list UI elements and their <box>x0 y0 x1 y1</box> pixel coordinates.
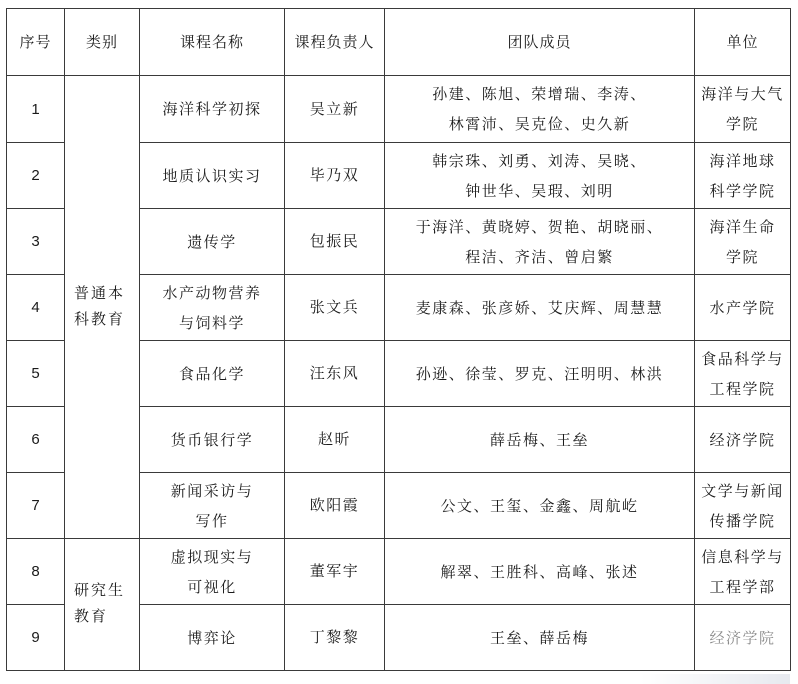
header-row: 序号 类别 课程名称 课程负责人 团队成员 单位 <box>7 9 791 76</box>
course-lead: 丁黎黎 <box>285 605 385 671</box>
unit-line: 海洋与大气 <box>699 79 786 109</box>
row-index: 4 <box>7 275 65 341</box>
header-course-lead: 课程负责人 <box>285 9 385 76</box>
members-line: 韩宗珠、刘勇、刘涛、吴晓、 <box>389 146 690 176</box>
course-name: 虚拟现实与可视化 <box>140 539 285 605</box>
team-members: 薛岳梅、王垒 <box>385 407 695 473</box>
course-name: 新闻采访与写作 <box>140 473 285 539</box>
unit-line: 文学与新闻 <box>699 476 786 506</box>
course-name-line: 地质认识实习 <box>144 161 280 191</box>
course-name: 食品化学 <box>140 341 285 407</box>
course-name: 水产动物营养与饲料学 <box>140 275 285 341</box>
unit: 水产学院 <box>695 275 791 341</box>
row-index: 9 <box>7 605 65 671</box>
members-line: 王垒、薛岳梅 <box>389 623 690 653</box>
team-members: 韩宗珠、刘勇、刘涛、吴晓、钟世华、吴瑕、刘明 <box>385 143 695 209</box>
members-line: 于海洋、黄晓婷、贺艳、胡晓丽、 <box>389 212 690 242</box>
members-line: 孙建、陈旭、荣增瑞、李涛、 <box>389 79 690 109</box>
table-row: 8 研究生教育 虚拟现实与可视化 董军宇 解翠、王胜科、高峰、张述 信息科学与工… <box>7 539 791 605</box>
course-name-line: 博弈论 <box>144 623 280 653</box>
members-line: 林霄沛、吴克俭、史久新 <box>389 109 690 139</box>
course-name-line: 水产动物营养 <box>144 278 280 308</box>
unit-line: 海洋生命 <box>699 212 786 242</box>
course-name: 遗传学 <box>140 209 285 275</box>
course-lead: 张文兵 <box>285 275 385 341</box>
unit: 文学与新闻传播学院 <box>695 473 791 539</box>
unit-line: 食品科学与 <box>699 344 786 374</box>
course-lead: 赵昕 <box>285 407 385 473</box>
team-members: 孙逊、徐莹、罗克、汪明明、林洪 <box>385 341 695 407</box>
unit-line: 学院 <box>699 109 786 139</box>
category-graduate: 研究生教育 <box>65 539 140 671</box>
unit-line: 学院 <box>699 242 786 272</box>
row-index: 7 <box>7 473 65 539</box>
course-name: 地质认识实习 <box>140 143 285 209</box>
course-name-line: 遗传学 <box>144 227 280 257</box>
members-line: 程洁、齐洁、曾启繁 <box>389 242 690 272</box>
team-members: 孙建、陈旭、荣增瑞、李涛、林霄沛、吴克俭、史久新 <box>385 76 695 143</box>
category-line: 普通本 <box>74 280 130 306</box>
unit-line: 经济学院 <box>699 623 786 653</box>
course-name: 海洋科学初探 <box>140 76 285 143</box>
unit: 经济学院 <box>695 407 791 473</box>
course-lead: 包振民 <box>285 209 385 275</box>
course-lead: 汪东风 <box>285 341 385 407</box>
table-row: 1 普通本科教育 海洋科学初探 吴立新 孙建、陈旭、荣增瑞、李涛、林霄沛、吴克俭… <box>7 76 791 143</box>
team-members: 麦康森、张彦娇、艾庆辉、周慧慧 <box>385 275 695 341</box>
course-name-line: 写作 <box>144 506 280 536</box>
team-members: 解翠、王胜科、高峰、张述 <box>385 539 695 605</box>
row-index: 1 <box>7 76 65 143</box>
watermark-overlay <box>640 674 790 684</box>
team-members: 公文、王玺、金鑫、周航屹 <box>385 473 695 539</box>
header-team-members: 团队成员 <box>385 9 695 76</box>
unit: 海洋与大气学院 <box>695 76 791 143</box>
header-index: 序号 <box>7 9 65 76</box>
course-name-line: 新闻采访与 <box>144 476 280 506</box>
unit-line: 水产学院 <box>699 293 786 323</box>
row-index: 5 <box>7 341 65 407</box>
course-name-line: 虚拟现实与 <box>144 542 280 572</box>
row-index: 6 <box>7 407 65 473</box>
category-line: 教育 <box>74 603 130 629</box>
unit-line: 海洋地球 <box>699 146 786 176</box>
header-course-name: 课程名称 <box>140 9 285 76</box>
course-lead: 欧阳霞 <box>285 473 385 539</box>
category-undergrad: 普通本科教育 <box>65 76 140 539</box>
unit: 海洋生命学院 <box>695 209 791 275</box>
unit-line: 工程学部 <box>699 572 786 602</box>
course-lead: 吴立新 <box>285 76 385 143</box>
course-lead: 毕乃双 <box>285 143 385 209</box>
members-line: 公文、王玺、金鑫、周航屹 <box>389 491 690 521</box>
members-line: 薛岳梅、王垒 <box>389 425 690 455</box>
members-line: 孙逊、徐莹、罗克、汪明明、林洪 <box>389 359 690 389</box>
unit-line: 信息科学与 <box>699 542 786 572</box>
course-name: 货币银行学 <box>140 407 285 473</box>
category-line: 研究生 <box>74 577 130 603</box>
course-name: 博弈论 <box>140 605 285 671</box>
unit-line: 工程学院 <box>699 374 786 404</box>
course-name-line: 货币银行学 <box>144 425 280 455</box>
row-index: 8 <box>7 539 65 605</box>
unit-line: 科学学院 <box>699 176 786 206</box>
course-lead: 董军宇 <box>285 539 385 605</box>
unit-line: 经济学院 <box>699 425 786 455</box>
course-name-line: 可视化 <box>144 572 280 602</box>
course-name-line: 食品化学 <box>144 359 280 389</box>
row-index: 3 <box>7 209 65 275</box>
header-unit: 单位 <box>695 9 791 76</box>
members-line: 钟世华、吴瑕、刘明 <box>389 176 690 206</box>
unit: 食品科学与工程学院 <box>695 341 791 407</box>
unit: 海洋地球科学学院 <box>695 143 791 209</box>
row-index: 2 <box>7 143 65 209</box>
unit-line: 传播学院 <box>699 506 786 536</box>
unit: 经济学院 <box>695 605 791 671</box>
course-team-table: 序号 类别 课程名称 课程负责人 团队成员 单位 1 普通本科教育 海洋科学初探… <box>6 8 791 671</box>
header-category: 类别 <box>65 9 140 76</box>
team-members: 于海洋、黄晓婷、贺艳、胡晓丽、程洁、齐洁、曾启繁 <box>385 209 695 275</box>
members-line: 解翠、王胜科、高峰、张述 <box>389 557 690 587</box>
unit: 信息科学与工程学部 <box>695 539 791 605</box>
course-name-line: 海洋科学初探 <box>144 94 280 124</box>
category-line: 科教育 <box>74 306 130 332</box>
members-line: 麦康森、张彦娇、艾庆辉、周慧慧 <box>389 293 690 323</box>
course-name-line: 与饲料学 <box>144 308 280 338</box>
team-members: 王垒、薛岳梅 <box>385 605 695 671</box>
